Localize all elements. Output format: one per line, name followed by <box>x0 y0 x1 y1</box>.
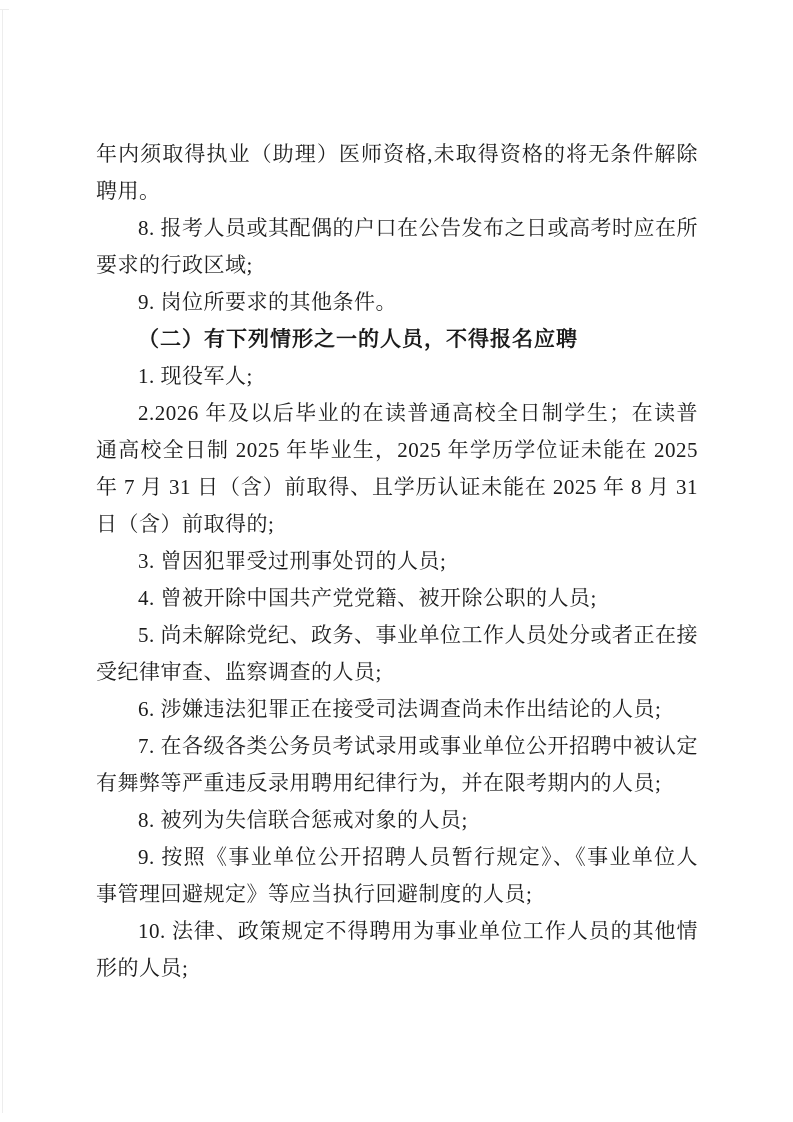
paragraph: 8. 报考人员或其配偶的户口在公告发布之日或高考时应在所要求的行政区域; <box>96 210 698 284</box>
paragraph: 9. 按照《事业单位公开招聘人员暂行规定》、《事业单位人事管理回避规定》等应当执… <box>96 839 698 913</box>
paragraph: 8. 被列为失信联合惩戒对象的人员; <box>96 802 698 839</box>
paragraph: 9. 岗位所要求的其他条件。 <box>96 284 698 321</box>
paragraph: 6. 涉嫌违法犯罪正在接受司法调查尚未作出结论的人员; <box>96 691 698 728</box>
document-body: 年内须取得执业（助理）医师资格,未取得资格的将无条件解除聘用。8. 报考人员或其… <box>96 136 698 987</box>
paragraph: 5. 尚未解除党纪、政务、事业单位工作人员处分或者正在接受纪律审查、监察调查的人… <box>96 617 698 691</box>
page-edge-line-horizontal <box>0 9 9 10</box>
paragraph: 7. 在各级各类公务员考试录用或事业单位公开招聘中被认定有舞弊等严重违反录用聘用… <box>96 728 698 802</box>
paragraph: 10. 法律、政策规定不得聘用为事业单位工作人员的其他情形的人员; <box>96 913 698 987</box>
paragraph: 年内须取得执业（助理）医师资格,未取得资格的将无条件解除聘用。 <box>96 136 698 210</box>
document-page: 年内须取得执业（助理）医师资格,未取得资格的将无条件解除聘用。8. 报考人员或其… <box>0 0 793 1122</box>
paragraph: 4. 曾被开除中国共产党党籍、被开除公职的人员; <box>96 580 698 617</box>
page-edge-line-vertical <box>2 9 3 1113</box>
section-heading: （二）有下列情形之一的人员，不得报名应聘 <box>96 321 698 358</box>
paragraph: 2.2026 年及以后毕业的在读普通高校全日制学生；在读普通高校全日制 2025… <box>96 395 698 543</box>
paragraph: 3. 曾因犯罪受过刑事处罚的人员; <box>96 543 698 580</box>
paragraph: 1. 现役军人; <box>96 358 698 395</box>
